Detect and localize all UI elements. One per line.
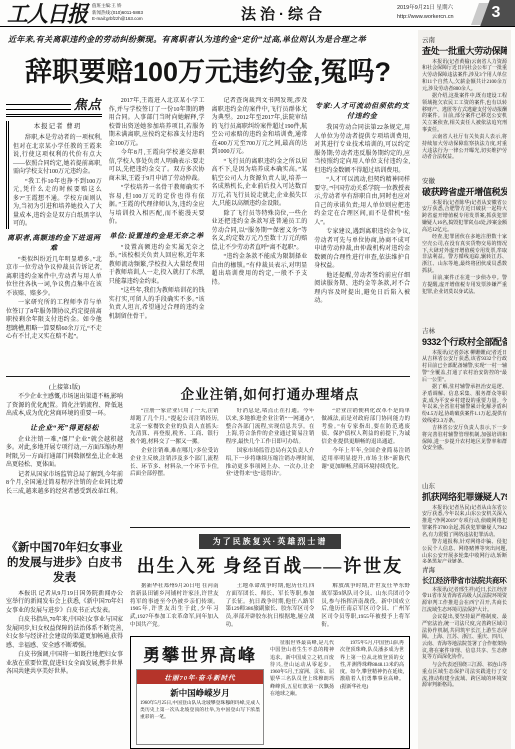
masthead-bar: 工人日报 值班主编:王 娇新闻热线:(010)6011-5883E-mail:g…: [0, 0, 515, 27]
sidebar-section-qinghai: 青海 长江经济带省市法院共商环境资源审判 本报讯(记者邢生祥)近日,长江经济带1…: [422, 563, 507, 746]
hero-columns: 据新华社郑州9月20日电 在河南省新县田铺乡河铺村许家洼,许世友将军的事迹至今仍…: [130, 583, 410, 633]
whitepaper-body: 本报讯 记者从9月19日国务院新闻办公室举行的新闻发布会上获悉,《新中国70年妇…: [6, 590, 123, 749]
focus-column-3: 记者查询裁判文书网发现,涉及离职违约金的案件中,飞行员群体尤为典型。2012年至…: [212, 97, 308, 373]
feature-mini-box: 壮丽70年·奋斗新时代 新中国峥嵘岁月 1960年5月25日,中国登山队从北坡攀…: [136, 669, 264, 745]
article-body: 辞职,本是劳动者的一项权利,但对在北京某小学任教的王霞来说,行使这项权利的代价有…: [13, 134, 102, 229]
article-body: 2017年,王霞进入北京某小学工作,并与学校签订了一份10年期的聘用合同。人事部…: [109, 97, 205, 227]
article-body: 解放战争时期,许世友任华东野战军第9纵队司令员、山东兵团司令员,参与指挥济南战役…: [321, 583, 410, 633]
feature-red-ribbon: 壮丽70年·奋斗新时代: [137, 670, 263, 684]
deregistration-headline: 企业注销,如何打通办理堵点: [130, 383, 410, 403]
center-stack: 企业注销,如何打通办理堵点 “注册一家企业只用了一天,注销却跑了几个月。”提起公…: [130, 380, 410, 749]
main-column: 近年来,有关离职违约金的劳动纠纷频现。有离职者认为违约金“定价”过高,单位则认为…: [6, 30, 410, 749]
hero-headline: 出生入死 身经百战——许世友: [130, 552, 410, 578]
page-body: 近年来,有关离职违约金的劳动纠纷频现。有离职者认为违约金“定价”过高,单位则认为…: [6, 30, 511, 749]
subhead-experts: 专家:人才可流动但须依约支付违约金: [314, 101, 410, 121]
hero-series-banner: 为了民族复兴·英雄烈士谱: [199, 534, 342, 549]
deregistration-columns: “注册一家企业只用了一天,注销却跑了几个月。”提起公司注销经历,北京一家餐饮企业…: [130, 408, 410, 524]
newspaper-page: 工人日报 值班主编:王 娇新闻热线:(010)6011-5883E-mail:g…: [0, 0, 515, 749]
focus-article: 焦点 本报记者 曹玥 辞职,本是劳动者的一项权利,但对在北京某小学任教的王霞来说…: [6, 97, 410, 373]
article-body: 土地革命战争时期,他历任红四方面军团长、师长、军长等职,参加了长征。抗日战争时期…: [226, 583, 315, 633]
article-body: 记者查询裁判文书网发现,涉及离职违约金的案件中,飞行员群体尤为典型。2012年至…: [212, 97, 308, 287]
lower-section: (上接第1版) 不少企业主感慨,市场退出渠道不畅,影响了资源的优化配置。简化注销…: [6, 380, 410, 749]
jump-note: (上接第1版): [6, 382, 123, 391]
sidebar-section-shandong: 山东 抓获网络犯罪嫌疑人7942名 本报讯(记者丛民)记者从山东省公安厅获悉,今…: [422, 479, 507, 563]
feature-headline: 勇攀世界高峰: [136, 641, 264, 666]
section-headline: 9332个行政村全部配备辅警: [422, 337, 507, 348]
article-body: 据新华社郑州9月20日电 在河南省新县田铺乡河铺村许家洼,许世友将军的事迹至今仍…: [130, 583, 219, 633]
site-url: http://www.workercn.cn: [397, 13, 475, 22]
sidebar-section-yunnan: 云南 查处一批重大劳动保障违法案件 本报讯(记者黄榆)云南省人力资源和社会保障厅…: [422, 33, 507, 174]
subhead-easier-exit: 让企业“死”得更轻松: [6, 423, 123, 433]
article-body: 本报讯(记者黄榆)云南省人力资源和社会保障厅近日向社会公布了一批重大劳动保障违法…: [422, 60, 507, 162]
focus-logo-label: 焦点: [74, 97, 102, 113]
date-block: 2019年9月21日 星期六 http://www.workercn.cn: [397, 4, 475, 22]
focus-column-1: 焦点 本报记者 曹玥 辞职,本是劳动者的一项权利,但对在北京某小学任教的王霞来说…: [6, 97, 102, 373]
hero-martyrs-article: 为了民族复兴·英雄烈士谱 出生入死 身经百战——许世友 据新华社郑州9月20日电…: [130, 531, 410, 633]
page-number-flag: 3: [477, 0, 515, 26]
article-body: 企业注销一难,“僵尸企业”就会越积越多。对此,多地开展专项行动,一方面压缩办理时…: [6, 436, 123, 497]
article-body: 1975年5月,中国登山队再次登顶珠峰,队员潘多成为世界上第一位从北坡登顶的女性…: [340, 640, 404, 745]
regional-news-sidebar: 云南 查处一批重大劳动保障违法案件 本报讯(记者黄榆)云南省人力资源和社会保障厅…: [418, 30, 511, 749]
section-headline: 破获跨省虚开增值税发票案: [422, 187, 507, 198]
masthead-info: 值班主编:王 娇新闻热线:(010)6011-5883E-mail:grbfzz…: [92, 3, 170, 23]
article-body: 本报讯(记者邢生祥)近日,长江经济带11省市及青海省高级人民法院环境资源审判工作…: [422, 588, 507, 690]
kicker-line: 近年来,有关离职违约金的劳动纠纷频现。有离职者认为违约金“定价”过高,单位则认为…: [8, 34, 408, 45]
sidebar-section-jilin: 吉林 9332个行政村全部配备辅警 本报讯(记者彭冰 柳姗姗)记者近日从吉林省公…: [422, 324, 507, 479]
subhead-employers: 单位:设置违约金是无奈之举: [109, 231, 205, 241]
article-body: 好消息是,堵点正在打通。今年以来,多地推进企业注销“一网通办”,整合各部门流程,…: [226, 408, 315, 524]
sidebar-section-anhui: 安徽 破获跨省虚开增值税发票案 本报讯(记者陈华)记者从安徽省公安厅获悉,合肥警…: [422, 174, 507, 324]
whitepaper-headline: 《新中国70年妇女事业的发展与进步》白皮书发表: [6, 541, 123, 586]
focus-column-4: 专家:人才可流动但须依约支付违约金 我国劳动合同法第22条规定,用人单位为劳动者…: [314, 97, 410, 373]
left-rail: (上接第1版) 不少企业主感慨,市场退出渠道不畅,影响了资源的优化配置。简化注销…: [6, 380, 123, 749]
region-label: 安徽: [422, 176, 507, 185]
horizontal-rule: [130, 527, 410, 528]
region-label: 吉林: [422, 326, 507, 335]
byline: 本报记者 曹玥: [13, 121, 102, 130]
masthead-logo: 工人日报: [7, 0, 87, 29]
horizontal-rule: [6, 376, 410, 377]
region-label: 云南: [422, 35, 507, 44]
article-body: 不少企业主感慨,市场退出渠道不畅,影响了资源的优化配置。简化注销流程、降低退出成…: [6, 393, 123, 419]
article-body: “类似纠纷近几年明显增多。”北京市一位劳动争议仲裁员告诉记者,离职违约金案件中,…: [6, 256, 102, 342]
article-body: “设置高额违约金实属无奈之举。”该校相关负责人回应称,近年来教师流动频繁,学校投…: [109, 244, 205, 322]
section-headline: 长江经济带省市法院共商环境资源审判: [422, 576, 507, 585]
main-headline: 辞职要赔100万元违约金,冤吗?: [6, 50, 410, 89]
section-headline: 查处一批重大劳动保障违法案件: [422, 46, 507, 57]
jump-article: (上接第1版) 不少企业主感慨,市场退出渠道不畅,影响了资源的优化配置。简化注销…: [6, 380, 123, 536]
region-label: 青海: [422, 565, 507, 574]
region-label: 山东: [422, 481, 507, 490]
subhead-resignees: 离职者,高额违约金下进退两难: [6, 233, 102, 253]
focus-logo: 焦点: [6, 97, 102, 117]
article-body: “企业注销便利化改革不是简单做减法,而是对政府部门协同能力的考验。”有专家指出,…: [321, 408, 410, 524]
feature-box-text: 1960年5月25日,中国登山队从北坡攀登珠穆朗玛峰,完成人类历史上第一次从北坡…: [137, 701, 263, 722]
section-title: 法治·综合: [170, 3, 397, 24]
article-body: “注册一家企业只用了一天,注销却跑了几个月。”提起公司注销经历,北京一家餐饮企业…: [130, 408, 219, 524]
article-body: 本报讯(记者丛民)记者从山东省公安厅获悉,今年以来,山东公安机关深入推进“净网2…: [422, 506, 507, 563]
deregistration-article: 企业注销,如何打通办理堵点 “注册一家企业只用了一天,注销却跑了几个月。”提起公…: [130, 380, 410, 524]
focus-column-2: 2017年,王霞进入北京某小学工作,并与学校签订了一份10年期的聘用合同。人事部…: [109, 97, 205, 373]
focus-bracket-frame: 本报记者 曹玥 辞职,本是劳动者的一项权利,但对在北京某小学任教的王霞来说,行使…: [6, 121, 102, 229]
feature-left: 勇攀世界高峰 壮丽70年·奋斗新时代 新中国峥嵘岁月 1960年5月25日,中国…: [136, 640, 264, 745]
article-body: 本报讯(记者陈华)记者从安徽省公安厅获悉,合肥警方近日破获一起特大跨省虚开增值税…: [422, 201, 507, 297]
page-number: 3: [477, 0, 515, 26]
focus-logo-lines-decoration: [6, 104, 71, 110]
feature-box-title: 新中国峥嵘岁月: [137, 687, 263, 699]
section-headline: 抓获网络犯罪嫌疑人7942名: [422, 492, 507, 503]
anniversary-feature-box: 勇攀世界高峰 壮丽70年·奋斗新时代 新中国峥嵘岁月 1960年5月25日,中国…: [130, 636, 410, 749]
article-body: 本报讯(记者彭冰 柳姗姗)记者近日从吉林省公安厅获悉,该省9332个行政村目前已…: [422, 351, 507, 453]
article-body: 征服世界最高峰,是几代中国登山者生生不息的精神追求。新中国成立之初,百废待兴,登…: [270, 640, 334, 745]
article-body: 我国劳动合同法第22条规定,用人单位为劳动者提供专项培训费用,对其进行专业技术培…: [314, 124, 410, 306]
date-line: 2019年9月21日 星期六: [397, 4, 475, 13]
